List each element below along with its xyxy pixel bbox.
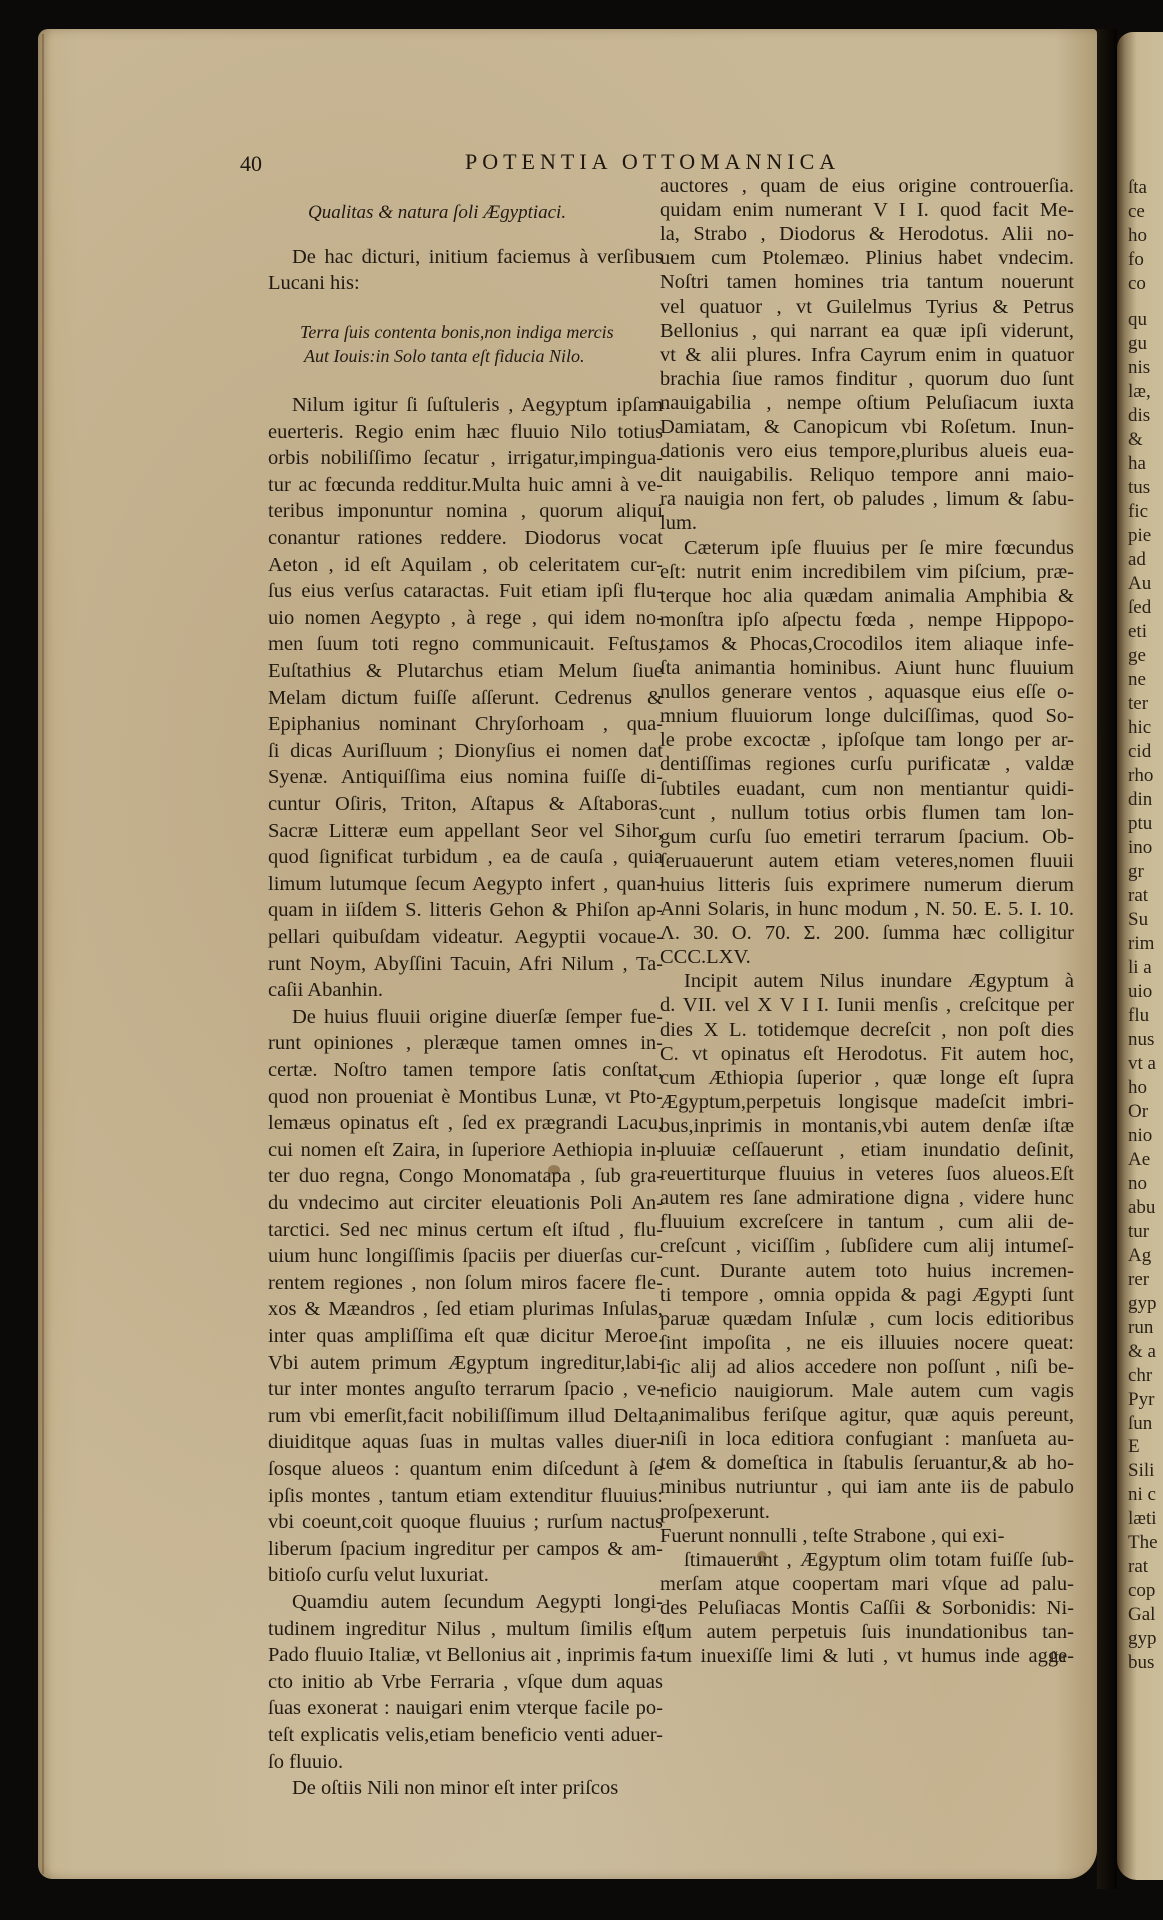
text-line: dies X L. totidemque decreſcit , non poſ… <box>660 1018 1074 1042</box>
facing-text-fragment: nus <box>1128 1028 1163 1052</box>
facing-text-fragment: ad <box>1128 548 1163 572</box>
facing-text-fragment: ni c <box>1128 1483 1163 1507</box>
text-line: lum autem perpetuis ſuis inundationibus … <box>660 1620 1074 1644</box>
text-line: ſuas exonerat : nauigari enim vterque fa… <box>268 1696 663 1720</box>
text-line: du vndecimo aut circiter eleuationis Pol… <box>268 1191 663 1215</box>
text-line: limum lutumque ſecum Aegypto infert , qu… <box>268 872 663 896</box>
text-line: autem res ſane admiratione digna , vider… <box>660 1186 1074 1210</box>
facing-text-fragment: hic <box>1128 716 1163 740</box>
text-line: proſpexerunt. <box>660 1500 1074 1524</box>
text-line: Pado fluuio Italiæ, vt Bellonius ait , i… <box>268 1643 663 1667</box>
facing-text-fragment: cid <box>1128 740 1163 764</box>
facing-text-fragment: Gal <box>1128 1603 1163 1627</box>
facing-text-fragment: cop <box>1128 1579 1163 1603</box>
text-line: Λ. 30. O. 70. Σ. 200. ſumma hæc colligit… <box>660 921 1074 945</box>
text-line: Nilum igitur ſi ſuſtuleris , Aegyptum ip… <box>268 393 663 417</box>
text-line: Euſtathius & Plutarchus etiam Melum ſiue <box>268 659 663 683</box>
facing-text-fragment: flu <box>1128 1004 1163 1028</box>
facing-text-fragment: Sili <box>1128 1459 1163 1483</box>
text-line: dentiſſimas regiones curſu purificatæ , … <box>660 752 1074 776</box>
facing-text-fragment: no <box>1128 1172 1163 1196</box>
text-line: bus,inprimis in montanis,vbi autem denſæ… <box>660 1114 1074 1138</box>
text-line: ſi dicas Auriſluum ; Dionyſius ei nomen … <box>268 739 663 763</box>
facing-text-fragment: E <box>1128 1435 1163 1459</box>
facing-text-fragment: qu <box>1128 308 1163 332</box>
text-line: Damiatam, & Canopicum vbi Roſetum. Inun- <box>660 415 1074 439</box>
text-line: dationis vero eius tempore,pluribus alue… <box>660 439 1074 463</box>
facing-page-text-top: ſtacehofoco <box>1128 176 1163 296</box>
text-line: niſi in loca editiora confugiant : manſu… <box>660 1427 1074 1451</box>
text-line: teribus imponuntur nomina , quorum aliqu… <box>268 499 663 523</box>
text-line: cunt , nullum totius orbis flumen tam lo… <box>660 801 1074 825</box>
text-line: quod non proueniat è Montibus Lunæ, vt P… <box>268 1085 663 1109</box>
text-line: cto initio ab Vrbe Ferraria , vſque dum … <box>268 1670 663 1694</box>
text-line: brachia ſiue ramos finditur , quorum duo… <box>660 367 1074 391</box>
facing-text-fragment: læti <box>1128 1507 1163 1531</box>
text-line: eſt: nutrit enim incredibilem vim piſciu… <box>660 560 1074 584</box>
text-line: Noſtri tamen homines tria tantum nouerun… <box>660 270 1074 294</box>
page-fore-edge <box>42 34 50 1874</box>
text-line: ra nauigia non fert, ob paludes , limum … <box>660 487 1074 511</box>
facing-text-fragment: Pyr <box>1128 1388 1163 1412</box>
text-line: gum curſu ſuo emetiri terrarum ſpacium. … <box>660 825 1074 849</box>
facing-text-fragment: & a <box>1128 1340 1163 1364</box>
facing-text-fragment: læ, <box>1128 380 1163 404</box>
text-line: C. vt opinatus eſt Herodotus. Fit autem … <box>660 1042 1074 1066</box>
facing-page-text: qugunislæ,dis&hatusficpieadAuſedetigenet… <box>1128 308 1163 1436</box>
text-line: De oſtiis Nili non minor eſt inter priſc… <box>268 1776 663 1800</box>
text-line: pluuiæ ceſſauerunt , etiam inundatio deſ… <box>660 1138 1074 1162</box>
facing-text-fragment: nis <box>1128 356 1163 380</box>
text-line: cunt. Durante autem toto huius incremen- <box>660 1259 1074 1283</box>
text-line: nauigabilia , nempe oſtium Peluſiacum iu… <box>660 391 1074 415</box>
text-line: la, Strabo , Diodorus & Herodotus. Alii … <box>660 222 1074 246</box>
text-line: ſint impoſita , ne eis illuuies nocere q… <box>660 1331 1074 1355</box>
text-line: Sacræ Litteræ eum appellant Seor vel Sih… <box>268 819 663 843</box>
facing-text-fragment: run <box>1128 1316 1163 1340</box>
text-line: rum vbi emerſit,facit nobiliſſimum illud… <box>268 1404 663 1428</box>
text-line: animalibus feriſque agitur, quæ aquis pe… <box>660 1403 1074 1427</box>
text-line: Anni Solaris, in hunc modum , N. 50. E. … <box>660 897 1074 921</box>
text-line: vel quatuor , vt Guilelmus Tyrius & Petr… <box>660 295 1074 319</box>
facing-text-fragment: vt a <box>1128 1052 1163 1076</box>
text-line: auctores , quam de eius origine controue… <box>660 174 1074 198</box>
facing-page-text-bottom: ESilini clætiTheratcopGalgypbus <box>1128 1435 1163 1675</box>
text-line: Quamdiu autem ſecundum Aegypti longi- <box>268 1590 663 1614</box>
text-line: ti tempore , omnia oppida & pagi Ægypti … <box>660 1283 1074 1307</box>
facing-text-fragment: din <box>1128 788 1163 812</box>
text-line: nullos generare ventos , aquasque eius e… <box>660 680 1074 704</box>
text-line: quidam enim numerant V I I. quod facit M… <box>660 198 1074 222</box>
text-line: d. VII. vel X V I I. Iunii menſis , creſ… <box>660 993 1074 1017</box>
text-line: ipſis montes , tantum etiam extenditur f… <box>268 1484 663 1508</box>
facing-text-fragment: fo <box>1128 248 1163 272</box>
text-line: Incipit autem Nilus inundare Ægyptum à <box>660 969 1074 993</box>
text-line: xos & Mæandros , ſed etiam plurimas Inſu… <box>268 1297 663 1321</box>
text-line: vbi coeunt,coit quoque fluuius ; rurſum … <box>268 1510 663 1534</box>
text-line: uem cum Ptolemæo. Plinius habet vndecim. <box>660 246 1074 270</box>
facing-text-fragment: Au <box>1128 572 1163 596</box>
text-line: Melam dictum fuiſſe aſſerunt. Cedrenus & <box>268 686 663 710</box>
facing-text-fragment: ino <box>1128 836 1163 860</box>
text-line: Lucani his: <box>268 271 663 295</box>
section-heading: Qualitas & natura ſoli Ægyptiaci. <box>308 202 566 224</box>
text-line: Syenæ. Antiquiſſima eius nomina fuiſſe d… <box>268 765 663 789</box>
facing-text-fragment: gyp <box>1128 1627 1163 1651</box>
text-line: pellari quibuſdam videatur. Aegyptii voc… <box>268 925 663 949</box>
text-line: tum inuexiſſe limi & luti , vt humus ind… <box>660 1644 1074 1668</box>
text-line: cum Æthiopia ſuperior , quæ longe eſt ſu… <box>660 1066 1074 1090</box>
facing-text-fragment: gu <box>1128 332 1163 356</box>
facing-text-fragment: gr <box>1128 860 1163 884</box>
text-line: ſeruauerunt autem etiam veteres,nomen fl… <box>660 849 1074 873</box>
text-line: ſtimauerunt , Ægyptum olim totam fuiſſe … <box>660 1548 1074 1572</box>
facing-text-fragment: ſed <box>1128 596 1163 620</box>
facing-text-fragment: tur <box>1128 1220 1163 1244</box>
text-line: De huius fluuii origine diuerſæ ſemper f… <box>268 1005 663 1029</box>
text-line: monſtra ipſo aſpectu fœda , nempe Hippop… <box>660 608 1074 632</box>
facing-text-fragment: ſta <box>1128 176 1163 200</box>
facing-text-fragment: pie <box>1128 524 1163 548</box>
facing-text-fragment: rho <box>1128 764 1163 788</box>
text-line: lum. <box>660 511 1074 535</box>
facing-text-fragment: ha <box>1128 452 1163 476</box>
verse-line: Aut Iouis:in Solo tanta eſt fiducia Nilo… <box>304 346 585 367</box>
facing-text-fragment: ce <box>1128 200 1163 224</box>
text-line: teſt explicatis velis,etiam beneficio ve… <box>268 1723 663 1747</box>
text-line: ter duo regna, Congo Monomatapa , ſub gr… <box>268 1164 663 1188</box>
catchword: ſta <box>1050 1649 1066 1667</box>
text-line: ſo fluuio. <box>268 1750 663 1774</box>
facing-text-fragment: ſun <box>1128 1412 1163 1436</box>
text-line: lemæus opinatus eſt , ſed ex prægrandi L… <box>268 1111 663 1135</box>
text-line: Cæterum ipſe fluuius per ſe mire fœcundu… <box>660 536 1074 560</box>
text-line: cuntur Oſiris, Triton, Aſtapus & Aſtabor… <box>268 792 663 816</box>
facing-text-fragment: chr <box>1128 1364 1163 1388</box>
text-line: inter quas ampliſſima eſt quæ dicitur Me… <box>268 1324 663 1348</box>
text-line: uium hunc longiſſimis ſpaciis per diuerſ… <box>268 1244 663 1268</box>
text-line: Vbi autem primum Ægyptum ingreditur,labi… <box>268 1351 663 1375</box>
text-line: Epiphanius nominant Chryſorhoam , qua- <box>268 712 663 736</box>
text-line: quod ſignificat turbidum , ea de cauſa ,… <box>268 845 663 869</box>
facing-text-fragment: Su <box>1128 908 1163 932</box>
text-line: euerteris. Regio enim hæc fluuio Nilo to… <box>268 420 663 444</box>
facing-text-fragment: bus <box>1128 1651 1163 1675</box>
text-line: De hac dicturi, initium faciemus à verſi… <box>268 245 663 269</box>
text-line: Aeton , id eſt Aquilam , ob celeritatem … <box>268 553 663 577</box>
text-line: paruæ quædam Inſulæ , cum locis editiori… <box>660 1307 1074 1331</box>
facing-text-fragment: & <box>1128 428 1163 452</box>
facing-text-fragment: rim <box>1128 932 1163 956</box>
text-line: cui nomen eſt Zaira, in ſuperiore Aethio… <box>268 1138 663 1162</box>
facing-text-fragment: ge <box>1128 644 1163 668</box>
text-line: tudinem ingreditur Nilus , multum ſimili… <box>268 1617 663 1641</box>
text-line: ſus eius verſus cataractas. Fuit etiam i… <box>268 579 663 603</box>
text-line: fluuium excreſcere in tantum , cum alii … <box>660 1210 1074 1234</box>
text-line: quam in iiſdem S. litteris Gehon & Phiſo… <box>268 898 663 922</box>
facing-text-fragment: ho <box>1128 224 1163 248</box>
page-number: 40 <box>240 151 262 177</box>
text-line: conantur rationes reddere. Diodorus voca… <box>268 526 663 550</box>
text-line: rentem regiones , non ſolum miros facere… <box>268 1271 663 1295</box>
text-line: certæ. Noſtro tamen tempore ſatis conſta… <box>268 1058 663 1082</box>
text-line: neficio nauigiorum. Male autem cum vagis <box>660 1379 1074 1403</box>
text-line: terque hoc alia quædam animalia Amphibia… <box>660 584 1074 608</box>
text-line: Fuerunt nonnulli , teſte Strabone , qui … <box>660 1524 1074 1548</box>
facing-text-fragment: ho <box>1128 1076 1163 1100</box>
text-line: le probe excoctæ , ipſoſque tam longo pe… <box>660 728 1074 752</box>
text-line: tur ac fœcunda redditur.Multa huic amni … <box>268 473 663 497</box>
text-line: tarctici. Sed nec minus certum eſt iſtud… <box>268 1218 663 1242</box>
text-line: ſosque alueos : quantum enim diſcedunt à… <box>268 1457 663 1481</box>
text-line: creſcunt , viciſſim , ſubſidere cum alij… <box>660 1234 1074 1258</box>
text-line: caſii Abanhin. <box>268 978 663 1002</box>
facing-text-fragment: Or <box>1128 1100 1163 1124</box>
text-line: vt & alii plures. Infra Cayrum enim in q… <box>660 343 1074 367</box>
text-line: ſta animantia hominibus. Aiunt hunc fluu… <box>660 656 1074 680</box>
text-line: ſubtiles euadant, cum non mentiantur qui… <box>660 777 1074 801</box>
text-line: huius litteris ſuis exprimere numerum di… <box>660 873 1074 897</box>
text-line: tamos & Phocas,Crocodilos item aliaque i… <box>660 632 1074 656</box>
text-line: Bellonius , qui narrant ea quæ ipſi vide… <box>660 319 1074 343</box>
text-line: men ſuum toti regno communicauit. Feſtus… <box>268 632 663 656</box>
facing-text-fragment: co <box>1128 272 1163 296</box>
facing-text-fragment: tus <box>1128 476 1163 500</box>
text-line: ſic alij ad alios accedere non poſſunt ,… <box>660 1355 1074 1379</box>
facing-text-fragment: Ag <box>1128 1244 1163 1268</box>
facing-text-fragment: abu <box>1128 1196 1163 1220</box>
text-line: reuertiturque fluuius in veteres ſuos al… <box>660 1162 1074 1186</box>
text-line: CCC.LXV. <box>660 945 1074 969</box>
text-line: orbis nobiliſſimo ſecatur , irrigatur,im… <box>268 446 663 470</box>
facing-text-fragment: dis <box>1128 404 1163 428</box>
facing-text-fragment: rat <box>1128 884 1163 908</box>
facing-text-fragment: ter <box>1128 692 1163 716</box>
text-line: diuiditque aquas ſuas in multas valles d… <box>268 1430 663 1454</box>
text-line: bitioſo curſu velut luxuriat. <box>268 1563 663 1587</box>
book-gutter <box>1097 29 1117 1889</box>
text-line: dit nauigabilis. Reliquo tempore anni ma… <box>660 463 1074 487</box>
text-line: runt opiniones , pleræque tamen omnes in… <box>268 1031 663 1055</box>
facing-text-fragment: nio <box>1128 1124 1163 1148</box>
facing-text-fragment: rat <box>1128 1555 1163 1579</box>
running-head: POTENTIA OTTOMANNICA <box>465 149 840 175</box>
facing-text-fragment: eti <box>1128 620 1163 644</box>
facing-text-fragment: The <box>1128 1531 1163 1555</box>
facing-text-fragment: rer <box>1128 1268 1163 1292</box>
text-line: tur inter montes anguſto terrarum ſpacio… <box>268 1377 663 1401</box>
text-line: des Peluſiacas Montis Caſſii & Sorbonidi… <box>660 1596 1074 1620</box>
facing-text-fragment: ne <box>1128 668 1163 692</box>
text-line: mnium fluuiorum longe dulciſſimas, quod … <box>660 704 1074 728</box>
text-line: Ægyptum,perpetuis longisque madeſcit imb… <box>660 1090 1074 1114</box>
text-line: minibus nutriuntur , qui iam ante iis de… <box>660 1475 1074 1499</box>
text-line: tem & domeſtica in ſtabulis ſeruantur,& … <box>660 1451 1074 1475</box>
facing-text-fragment: Ae <box>1128 1148 1163 1172</box>
facing-text-fragment: ptu <box>1128 812 1163 836</box>
text-line: uio nomen Aegypto , à rege , qui idem no… <box>268 606 663 630</box>
text-line: liberum ſpacium ingreditur per campos & … <box>268 1537 663 1561</box>
verse-line: Terra ſuis contenta bonis,non indiga mer… <box>300 322 614 343</box>
text-line: merſam atque coopertam mari vſque ad pal… <box>660 1572 1074 1596</box>
text-line: runt Noym, Abyſſini Tacuin, Afri Nilum ,… <box>268 952 663 976</box>
facing-text-fragment: gyp <box>1128 1292 1163 1316</box>
facing-text-fragment: uio <box>1128 980 1163 1004</box>
facing-text-fragment: fic <box>1128 500 1163 524</box>
facing-text-fragment: li a <box>1128 956 1163 980</box>
